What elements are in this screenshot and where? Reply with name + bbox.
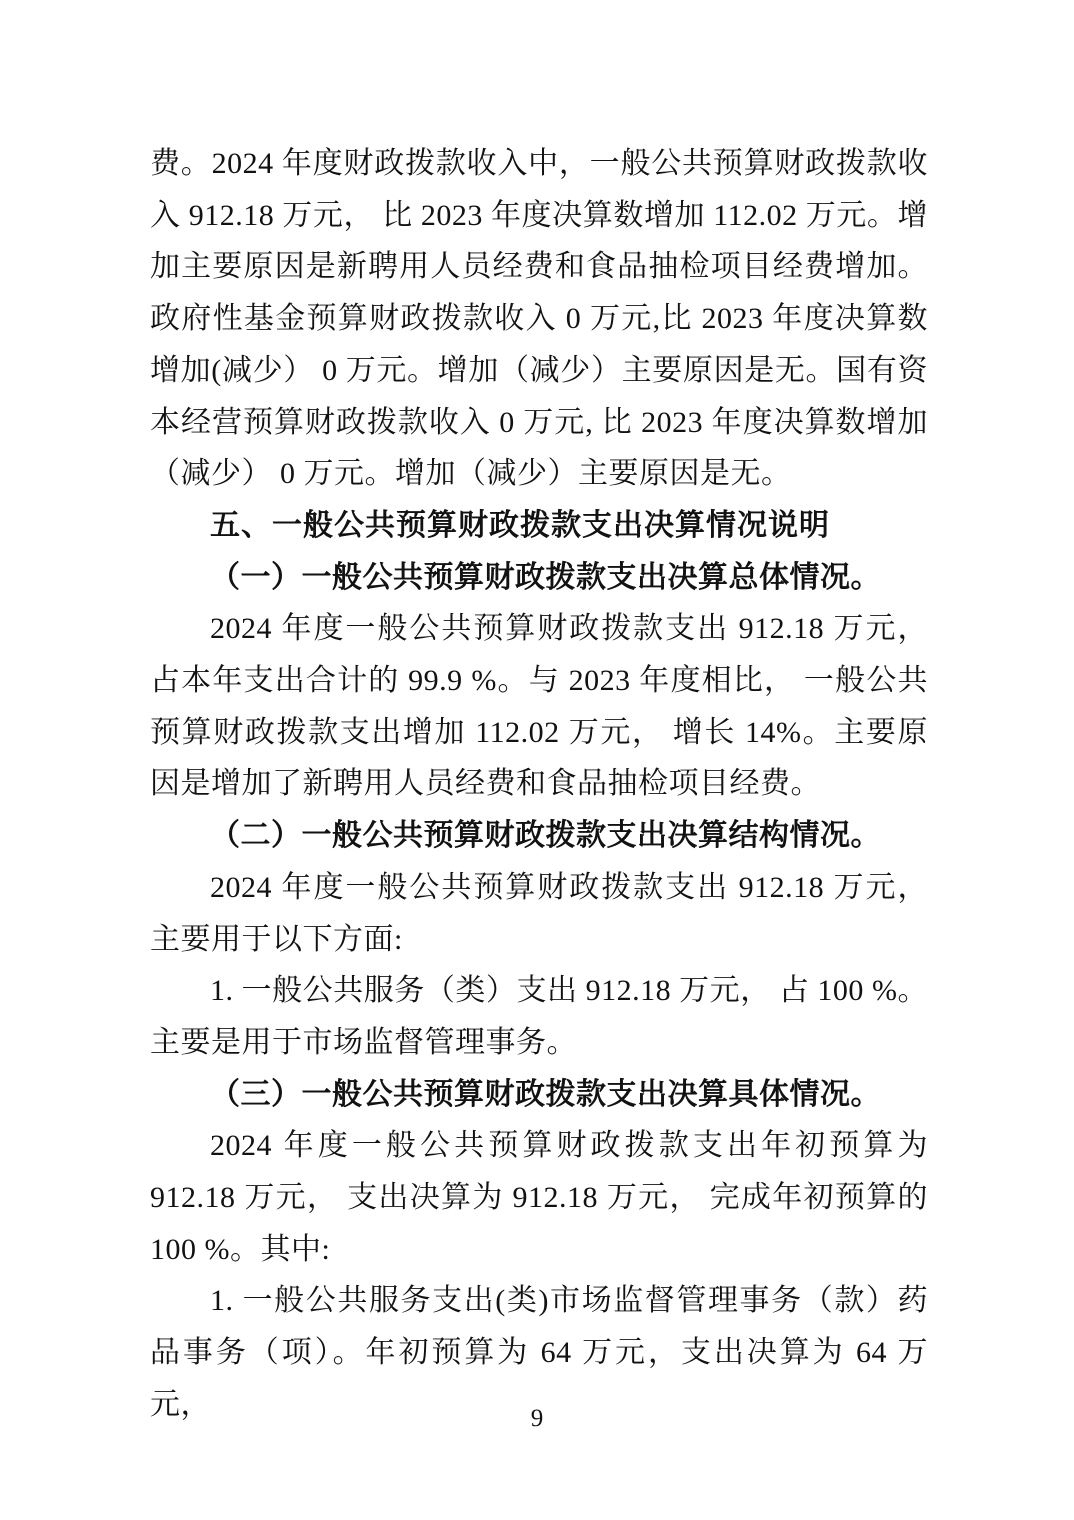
text-block: 费。2024 年度财政拨款收入中，一般公共预算财政拨款收入 912.18 万元，… [150,138,928,1431]
subsection-heading-2: （二）一般公共预算财政拨款支出决算结构情况。 [150,810,928,862]
body-paragraph-continuation: 费。2024 年度财政拨款收入中，一般公共预算财政拨款收入 912.18 万元，… [150,138,928,500]
document-page: 费。2024 年度财政拨款收入中，一般公共预算财政拨款收入 912.18 万元，… [0,0,1074,1520]
section-heading: 五、一般公共预算财政拨款支出决算情况说明 [150,500,928,552]
subsection-heading-3: （三）一般公共预算财政拨款支出决算具体情况。 [150,1069,928,1121]
body-paragraph: 2024 年度一般公共预算财政拨款支出 912.18 万元，占本年支出合计的 9… [150,603,928,810]
page-footer: 9 [0,1404,1074,1434]
body-paragraph: 1. 一般公共服务（类）支出 912.18 万元， 占 100 %。主要是用于市… [150,965,928,1068]
subsection-heading-1: （一）一般公共预算财政拨款支出决算总体情况。 [150,552,928,604]
body-paragraph: 2024 年度一般公共预算财政拨款支出 912.18 万元， 主要用于以下方面: [150,862,928,965]
page-number: 9 [531,1405,544,1432]
body-paragraph: 2024 年度一般公共预算财政拨款支出年初预算为 912.18 万元， 支出决算… [150,1120,928,1275]
